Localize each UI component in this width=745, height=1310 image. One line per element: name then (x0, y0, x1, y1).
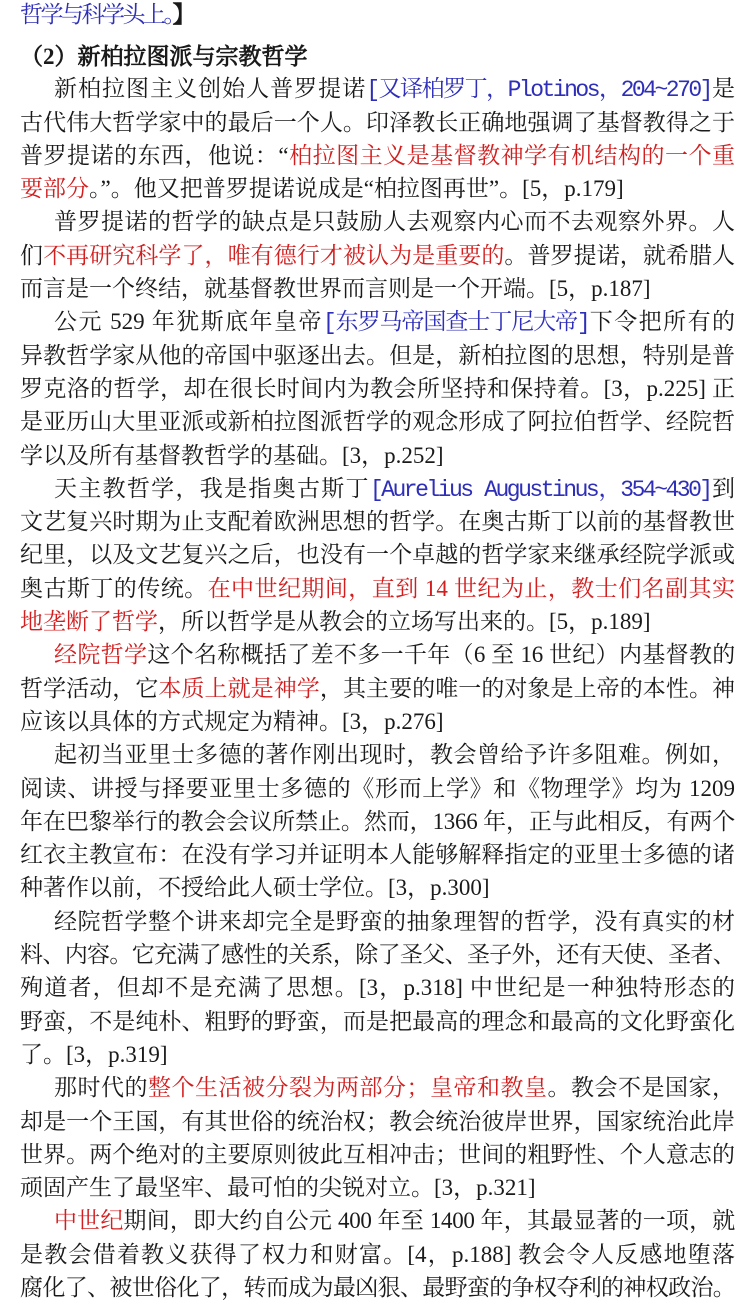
blue-annotation: 哲学与科学头上。 (20, 3, 173, 29)
paragraph: 新柏拉图主义创始人普罗提诺[又译柏罗丁，Plotinos，204~270]是 古… (20, 72, 735, 205)
text-line: 要部分。”。他又把普罗提诺说成是“柏拉图再世”。[5，p.179] (20, 172, 735, 205)
text-line: 料、内容。它充满了感性的关系，除了圣父、圣子外，还有天使、圣者、 (20, 938, 735, 971)
body-text-with-citation: 学以及所有基督教哲学的基础。[3，p.252] (20, 443, 444, 468)
blue-annotation: [又译柏罗丁，Plotinos，204~270] (366, 77, 711, 103)
blue-annotation: [Aurelius Augustinus，354~430] (370, 477, 711, 503)
body-text: 哲学活动，它 (20, 676, 158, 701)
body-text: 经院哲学整个讲来却完全是野蛮的抽象理智的哲学，没有真实的材 (54, 909, 735, 934)
body-text: 。教会不是国家， (548, 1075, 736, 1100)
body-text: 天主教哲学，我是指奥古斯丁 (54, 476, 370, 501)
paragraph: 经院哲学这个名称概括了差不多一千年（6 至 16 世纪）内基督教的 哲学活动，它… (20, 638, 735, 738)
body-text-with-citation: 罗克洛的哲学，却在很长时间内为教会所坚持和保持着。[3，p.225] 正 (20, 376, 735, 401)
text-line: 起初当亚里士多德的著作刚出现时，教会曾给予许多阻难。例如， (20, 738, 735, 771)
body-text: 。普罗提诺，就希腊人 (504, 243, 735, 268)
body-text: 公元 529 年犹斯底年皇帝 (54, 309, 323, 334)
body-text: 这个名称概括了差不多一千年（6 至 16 世纪）内基督教的 (147, 642, 735, 667)
text-line: 古代伟大哲学家中的最后一个人。印泽教长正确地强调了基督教得之于 (20, 106, 735, 139)
text-line: 野蛮，不是纯朴、粗野的野蛮，而是把最高的理念和最高的文化野蛮化 (20, 1005, 735, 1038)
text-line: 阅读、讲授与择要亚里士多德的《形而上学》和《物理学》均为 1209 (20, 772, 735, 805)
text-line: 了。[3，p.319] (20, 1038, 735, 1071)
red-emphasis: 在中世纪期间，直到 14 世纪为止，教士们名副其实 (208, 576, 735, 601)
body-text: ，其主要的唯一的对象是上帝的本性。神 (320, 676, 735, 701)
red-emphasis: 本质上就是神学 (158, 676, 319, 701)
body-text-with-citation: ，所以哲学是从教会的立场写出来的。[5，p.189] (158, 609, 651, 634)
body-text: 年在巴黎举行的教会会议所禁止。然而，1366 年，正与此相反，有两个 (20, 809, 735, 834)
text-line: 奥古斯丁的传统。在中世纪期间，直到 14 世纪为止，教士们名副其实 (20, 572, 735, 605)
text-line: 中世纪期间，即大约自公元 400 年至 1400 年，其最显著的一项，就 (20, 1204, 735, 1237)
body-text-with-citation: 了。[3，p.319] (20, 1042, 168, 1067)
paragraph: 起初当亚里士多德的著作刚出现时，教会曾给予许多阻难。例如， 阅读、讲授与择要亚里… (20, 738, 735, 904)
text-line: 却是一个王国，有其世俗的统治权；教会统治彼岸世界，国家统治此岸 (20, 1105, 735, 1138)
text-line: 普罗提诺的东西，他说：“柏拉图主义是基督教神学有机结构的一个重 (20, 139, 735, 172)
blue-annotation: [东罗马帝国查士丁尼大帝] (323, 310, 588, 336)
closing-bracket: 】 (173, 2, 196, 27)
body-text-with-citation: 应该以具体的方式规定为精神。[3，p.276] (20, 709, 444, 734)
paragraph: 公元 529 年犹斯底年皇帝[东罗马帝国查士丁尼大帝]下令把所有的 异教哲学家从… (20, 305, 735, 471)
text-line: 是教会借着教义获得了权力和财富。[4，p.188] 教会令人反感地堕落 (20, 1238, 735, 1271)
text-line: 哲学与科学头上。】 (20, 0, 735, 31)
paragraph: 天主教哲学，我是指奥古斯丁[Aurelius Augustinus，354~43… (20, 472, 735, 638)
body-text: 红衣主教宣布：在没有学习并证明本人能够解释指定的亚里士多德的诸 (20, 842, 735, 867)
paragraph: 那时代的整个生活被分裂为两部分；皇帝和教皇。教会不是国家， 却是一个王国，有其世… (20, 1071, 735, 1204)
text-line: 是亚历山大里亚派或新柏拉图派哲学的观念形成了阿拉伯哲学、经院哲 (20, 405, 735, 438)
text-line: 应该以具体的方式规定为精神。[3，p.276] (20, 705, 735, 738)
red-emphasis: 中世纪 (54, 1208, 124, 1233)
text-line: 经院哲学这个名称概括了差不多一千年（6 至 16 世纪）内基督教的 (20, 638, 735, 671)
body-text: 到 (711, 476, 735, 501)
body-text-with-citation: 顽固产生了最坚牢、最可怕的尖锐对立。[3，p.321] (20, 1175, 536, 1200)
paragraph: 普罗提诺的哲学的缺点是只鼓励人去观察内心而不去观察外界。人 们不再研究科学了，唯… (20, 205, 735, 305)
text-line: 那时代的整个生活被分裂为两部分；皇帝和教皇。教会不是国家， (20, 1071, 735, 1104)
body-text: 料、内容。它充满了感性的关系，除了圣父、圣子外，还有天使、圣者、 (20, 942, 735, 967)
body-text: 文艺复兴时期为止支配着欧洲思想的哲学。在奥古斯丁以前的基督教世 (20, 509, 735, 534)
red-emphasis: 地垄断了哲学 (20, 609, 158, 634)
red-emphasis: 柏拉图主义是基督教神学有机结构的一个重 (289, 143, 735, 168)
text-line: 地垄断了哲学，所以哲学是从教会的立场写出来的。[5，p.189] (20, 605, 735, 638)
text-line: 异教哲学家从他的帝国中驱逐出去。但是，新柏拉图的思想，特别是普 (20, 339, 735, 372)
paragraph: 中世纪期间，即大约自公元 400 年至 1400 年，其最显著的一项，就 是教会… (20, 1204, 735, 1304)
body-text: 阅读、讲授与择要亚里士多德的《形而上学》和《物理学》均为 1209 (20, 776, 735, 801)
body-text: 下令把所有的 (588, 309, 735, 334)
text-line: 经院哲学整个讲来却完全是野蛮的抽象理智的哲学，没有真实的材 (20, 905, 735, 938)
body-text: 纪里，以及文艺复兴之后，也没有一个卓越的哲学家来继承经院学派或 (20, 542, 735, 567)
body-text: 起初当亚里士多德的著作刚出现时，教会曾给予许多阻难。例如， (54, 742, 735, 767)
text-line: 种著作以前，不授给此人硕士学位。[3，p.300] (20, 871, 735, 904)
text-line: 红衣主教宣布：在没有学习并证明本人能够解释指定的亚里士多德的诸 (20, 838, 735, 871)
section-heading: （2）新柏拉图派与宗教哲学 (20, 41, 735, 72)
red-emphasis: 要部分 (20, 176, 89, 201)
body-text: 古代伟大哲学家中的最后一个人。印泽教长正确地强调了基督教得之于 (20, 110, 735, 135)
paragraph: 经院哲学整个讲来却完全是野蛮的抽象理智的哲学，没有真实的材 料、内容。它充满了感… (20, 905, 735, 1071)
text-line: 世界。两个绝对的主要原则彼此互相冲击；世间的粗野性、个人意志的 (20, 1138, 735, 1171)
body-text: 那时代的 (54, 1075, 148, 1100)
body-text: 却是一个王国，有其世俗的统治权；教会统治彼岸世界，国家统治此岸 (20, 1109, 735, 1134)
body-text: 们 (20, 243, 43, 268)
text-line: 天主教哲学，我是指奥古斯丁[Aurelius Augustinus，354~43… (20, 472, 735, 505)
text-line: 学以及所有基督教哲学的基础。[3，p.252] (20, 439, 735, 472)
body-text: 普罗提诺的东西，他说：“ (20, 143, 289, 168)
text-line: 而言是一个终结，就基督教世界而言则是一个开端。[5，p.187] (20, 272, 735, 305)
red-emphasis: 不再研究科学了，唯有德行才被认为是重要的 (43, 243, 504, 268)
body-text: 是 (711, 76, 735, 101)
body-text: 世界。两个绝对的主要原则彼此互相冲击；世间的粗野性、个人意志的 (20, 1142, 735, 1167)
text-line: 公元 529 年犹斯底年皇帝[东罗马帝国查士丁尼大帝]下令把所有的 (20, 305, 735, 338)
red-emphasis: 整个生活被分裂为两部分；皇帝和教皇 (148, 1075, 548, 1100)
body-text: 野蛮，不是纯朴、粗野的野蛮，而是把最高的理念和最高的文化野蛮化 (20, 1009, 735, 1034)
body-text: 普罗提诺的哲学的缺点是只鼓励人去观察内心而不去观察外界。人 (54, 209, 735, 234)
text-line: 新柏拉图主义创始人普罗提诺[又译柏罗丁，Plotinos，204~270]是 (20, 72, 735, 105)
text-line: 们不再研究科学了，唯有德行才被认为是重要的。普罗提诺，就希腊人 (20, 239, 735, 272)
red-emphasis: 经院哲学 (54, 642, 147, 667)
body-text-with-citation: 是教会借着教义获得了权力和财富。[4，p.188] 教会令人反感地堕落 (20, 1242, 735, 1267)
body-text: 奥古斯丁的传统。 (20, 576, 208, 601)
body-text-with-citation: 。”。他又把普罗提诺说成是“柏拉图再世”。[5，p.179] (89, 176, 624, 201)
text-line: 罗克洛的哲学，却在很长时间内为教会所坚持和保持着。[3，p.225] 正 (20, 372, 735, 405)
body-text: 期间，即大约自公元 400 年至 1400 年，其最显著的一项，就 (124, 1208, 735, 1233)
body-text-with-citation: 种著作以前，不授给此人硕士学位。[3，p.300] (20, 875, 490, 900)
text-line: 顽固产生了最坚牢、最可怕的尖锐对立。[3，p.321] (20, 1171, 735, 1204)
body-text: 是亚历山大里亚派或新柏拉图派哲学的观念形成了阿拉伯哲学、经院哲 (20, 409, 735, 434)
text-line: 殉道者，但却不是充满了思想。[3，p.318] 中世纪是一种独特形态的 (20, 971, 735, 1004)
text-line: 年在巴黎举行的教会会议所禁止。然而，1366 年，正与此相反，有两个 (20, 805, 735, 838)
document-page: 哲学与科学头上。】 （2）新柏拉图派与宗教哲学 新柏拉图主义创始人普罗提诺[又译… (0, 0, 735, 1304)
text-line: 普罗提诺的哲学的缺点是只鼓励人去观察内心而不去观察外界。人 (20, 205, 735, 238)
body-text: 腐化了、被世俗化了，转而成为最凶狠、最野蛮的争权夺利的神权政治。 (20, 1275, 735, 1300)
text-line: 文艺复兴时期为止支配着欧洲思想的哲学。在奥古斯丁以前的基督教世 (20, 505, 735, 538)
body-text-with-citation: 而言是一个终结，就基督教世界而言则是一个开端。[5，p.187] (20, 276, 651, 301)
body-text: 异教哲学家从他的帝国中驱逐出去。但是，新柏拉图的思想，特别是普 (20, 343, 735, 368)
text-line: 哲学活动，它本质上就是神学，其主要的唯一的对象是上帝的本性。神 (20, 672, 735, 705)
text-line: 纪里，以及文艺复兴之后，也没有一个卓越的哲学家来继承经院学派或 (20, 538, 735, 571)
text-line: 腐化了、被世俗化了，转而成为最凶狠、最野蛮的争权夺利的神权政治。 (20, 1271, 735, 1304)
body-text: 新柏拉图主义创始人普罗提诺 (54, 76, 366, 101)
body-text-with-citation: 殉道者，但却不是充满了思想。[3，p.318] 中世纪是一种独特形态的 (20, 975, 735, 1000)
continued-paragraph-fragment: 哲学与科学头上。】 (20, 0, 735, 31)
